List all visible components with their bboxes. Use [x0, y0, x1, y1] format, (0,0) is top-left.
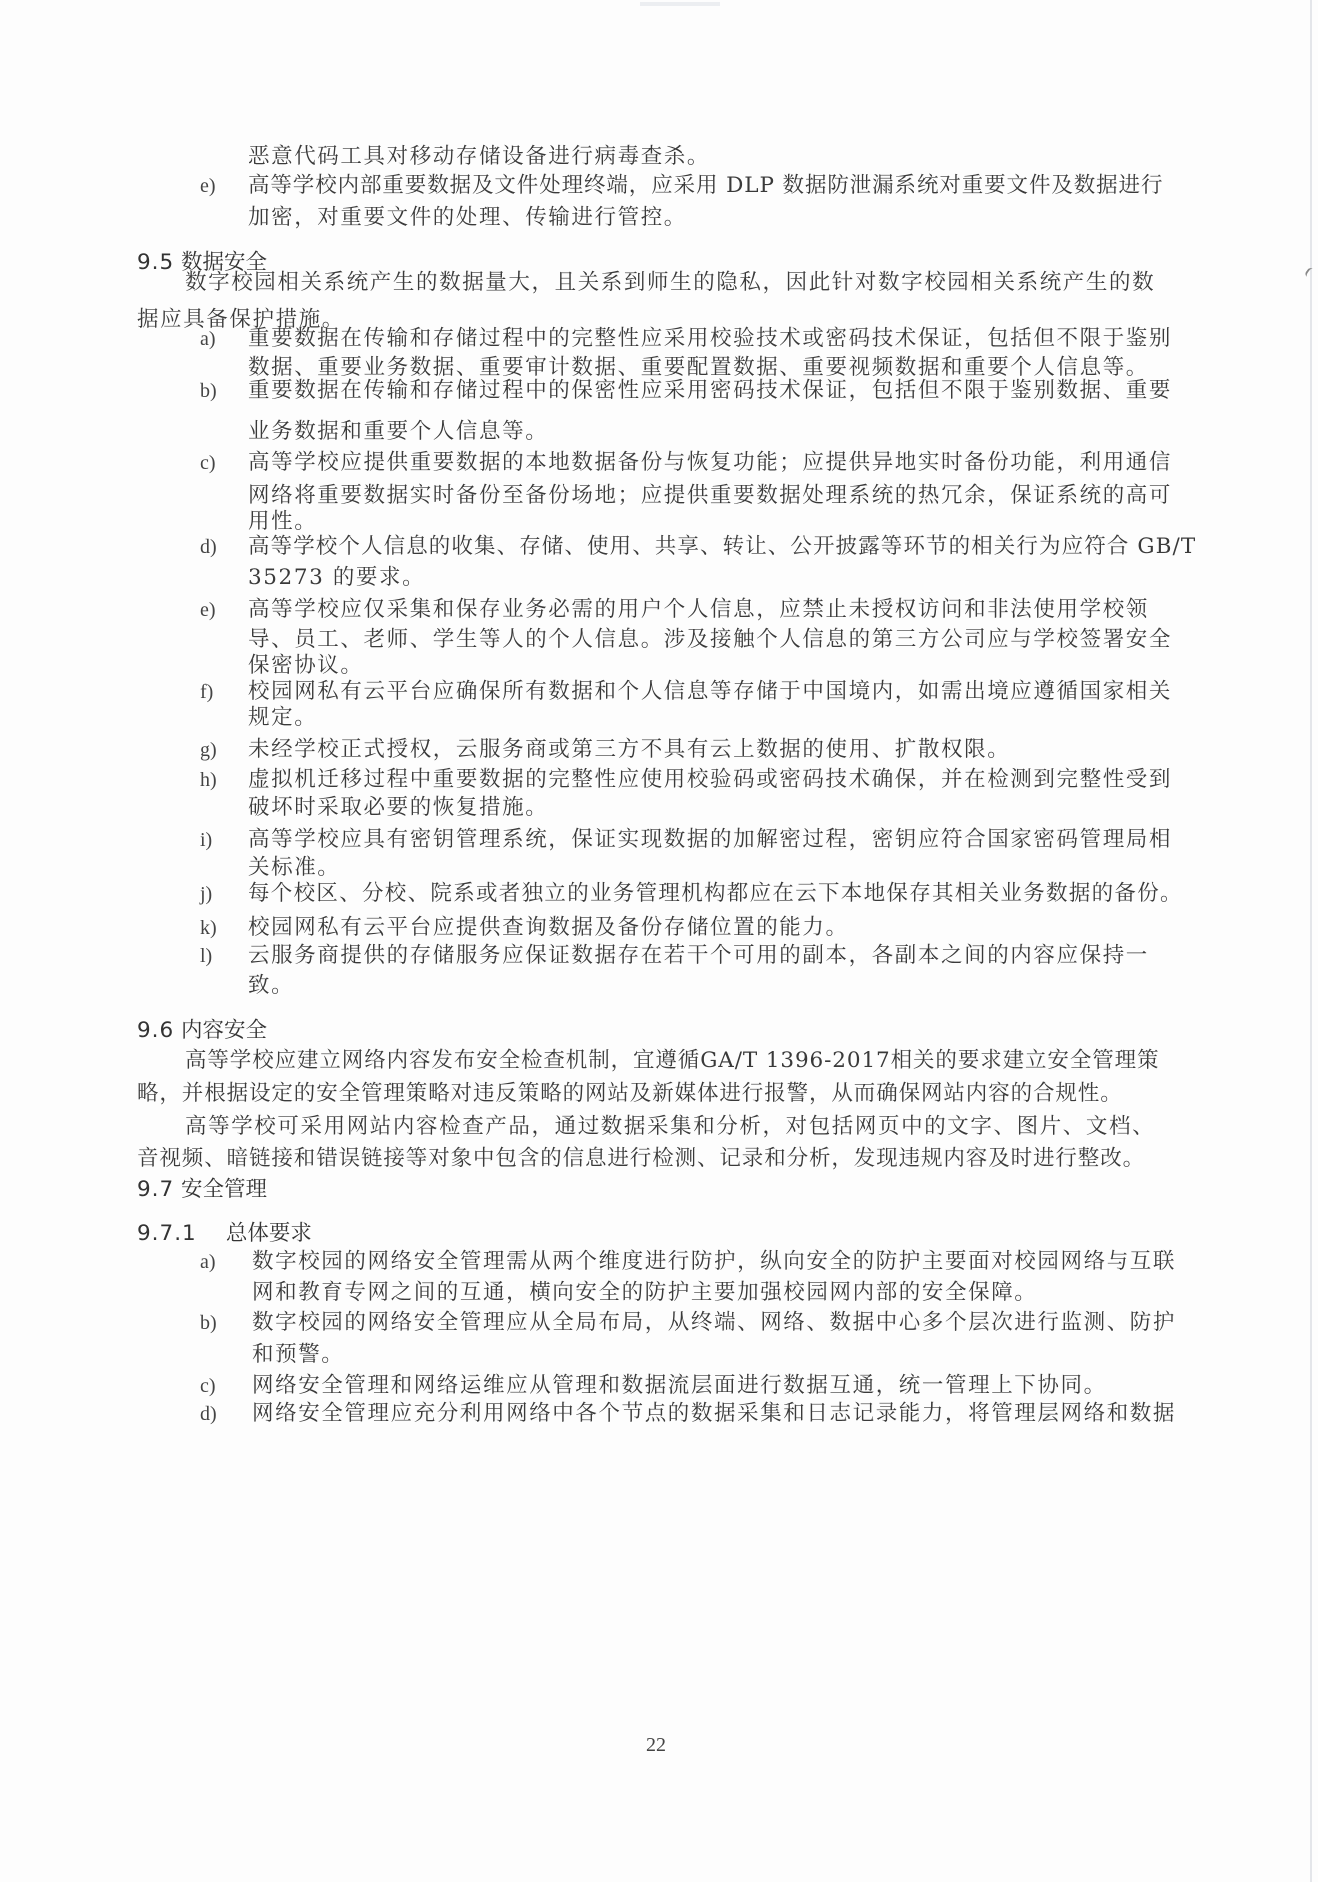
list-item-line: 数字校园的网络安全管理需从两个维度进行防护，纵向安全的防护主要面对校园网络与互联	[252, 1248, 1176, 1276]
list-item-line: 35273 的要求。	[248, 564, 425, 592]
list-item-line: 网络将重要数据实时备份至备份场地；应提供重要数据处理系统的热冗余，保证系统的高可	[248, 482, 1172, 510]
list-item-line: 和预警。	[252, 1341, 344, 1369]
section-heading-9-7: 9.7 安全管理	[137, 1176, 267, 1204]
list-marker: i)	[200, 826, 212, 854]
list-item-line: 重要数据在传输和存储过程中的保密性应采用密码技术保证，包括但不限于鉴别数据、重要	[248, 377, 1172, 405]
list-item-line: 保密协议。	[248, 652, 364, 680]
section-heading-9-6: 9.6 内容安全	[137, 1017, 267, 1045]
list-item-line: 数字校园的网络安全管理应从全局布局，从终端、网络、数据中心多个层次进行监测、防护	[252, 1309, 1176, 1337]
list-marker: k)	[200, 914, 217, 942]
page-number: 22	[646, 1734, 666, 1757]
scan-artifact	[640, 2, 720, 6]
list-item-line: 校园网私有云平台应确保所有数据和个人信息等存储于中国境内，如需出境应遵循国家相关	[248, 678, 1172, 706]
list-marker: c)	[200, 449, 216, 477]
list-marker: a)	[200, 1248, 216, 1276]
subsection-title: 总体要求	[226, 1221, 312, 1246]
list-item-line: 高等学校内部重要数据及文件处理终端，应采用 DLP 数据防泄漏系统对重要文件及数…	[248, 172, 1163, 200]
list-item-line: 高等学校应仅采集和保存业务必需的用户个人信息，应禁止未授权访问和非法使用学校领	[248, 596, 1149, 624]
list-item-line: 高等学校应具有密钥管理系统，保证实现数据的加解密过程，密钥应符合国家密码管理局相	[248, 826, 1172, 854]
list-marker: f)	[200, 678, 213, 706]
paragraph-line: 高等学校应建立网络内容发布安全检查机制，宜遵循GA/T 1396-2017相关的…	[185, 1047, 1159, 1075]
list-item-line: 导、员工、老师、学生等人的个人信息。涉及接触个人信息的第三方公司应与学校签署安全	[248, 626, 1172, 654]
list-item-line: 高等学校个人信息的收集、存储、使用、共享、转让、公开披露等环节的相关行为应符合 …	[248, 533, 1196, 561]
list-item-line: 用性。	[248, 508, 317, 536]
list-marker: d)	[200, 1400, 217, 1428]
scan-edge	[1310, 0, 1312, 1882]
list-item-line: 致。	[248, 972, 294, 1000]
list-item-line: 破坏时采取必要的恢复措施。	[248, 794, 548, 822]
list-item-line: 高等学校应提供重要数据的本地数据备份与恢复功能；应提供异地实时备份功能，利用通信	[248, 449, 1172, 477]
list-marker: b)	[200, 1309, 217, 1337]
carryover-d-tail: 恶意代码工具对移动存储设备进行病毒查杀。	[248, 143, 710, 171]
paragraph-line: 数字校园相关系统产生的数据量大，且关系到师生的隐私，因此针对数字校园相关系统产生…	[185, 269, 1155, 297]
paragraph-line: 略，并根据设定的安全管理策略对违反策略的网站及新媒体进行报警，从而确保网站内容的…	[137, 1080, 1123, 1108]
list-marker: g)	[200, 736, 217, 764]
subsection-heading-9-7-1: 9.7.1 总体要求	[137, 1220, 312, 1248]
list-item-line: 重要数据在传输和存储过程中的完整性应采用校验技术或密码技术保证，包括但不限于鉴别	[248, 325, 1172, 353]
paragraph-line: 高等学校可采用网站内容检查产品，通过数据采集和分析，对包括网页中的文字、图片、文…	[185, 1113, 1155, 1141]
list-marker: a)	[200, 325, 216, 353]
list-item-line: 网络安全管理和网络运维应从管理和数据流层面进行数据互通，统一管理上下协同。	[252, 1372, 1107, 1400]
list-item-line: 加密，对重要文件的处理、传输进行管控。	[248, 204, 687, 232]
section-number: 9.5	[137, 249, 174, 277]
list-marker: j)	[200, 880, 212, 908]
list-marker: d)	[200, 533, 217, 561]
list-marker: h)	[200, 766, 217, 794]
section-title: 安全管理	[181, 1177, 267, 1202]
list-item-line: 未经学校正式授权，云服务商或第三方不具有云上数据的使用、扩散权限。	[248, 736, 1010, 764]
list-marker: b)	[200, 377, 217, 405]
list-item-line: 网络安全管理应充分利用网络中各个节点的数据采集和日志记录能力，将管理层网络和数据	[252, 1400, 1176, 1428]
document-page: 恶意代码工具对移动存储设备进行病毒查杀。 e) 高等学校内部重要数据及文件处理终…	[0, 0, 1318, 1882]
list-item-line: 网和教育专网之间的互通，横向安全的防护主要加强校园网内部的安全保障。	[252, 1279, 1037, 1307]
section-number: 9.7	[137, 1176, 174, 1204]
list-marker: e)	[200, 172, 216, 200]
subsection-number: 9.7.1	[137, 1220, 219, 1248]
list-item-line: 规定。	[248, 704, 317, 732]
list-item-line: 虚拟机迁移过程中重要数据的完整性应使用校验码或密码技术确保，并在检测到完整性受到	[248, 766, 1172, 794]
list-item-line: 每个校区、分校、院系或者独立的业务管理机构都应在云下本地保存其相关业务数据的备份…	[248, 880, 1183, 908]
list-marker: e)	[200, 596, 216, 624]
list-item-line: 业务数据和重要个人信息等。	[248, 418, 548, 446]
section-title: 内容安全	[181, 1018, 267, 1043]
list-item-line: 云服务商提供的存储服务应保证数据存在若干个可用的副本，各副本之间的内容应保持一	[248, 942, 1149, 970]
section-number: 9.6	[137, 1017, 174, 1045]
list-marker: l)	[200, 942, 212, 970]
scan-mark	[1304, 267, 1316, 280]
list-item-line: 校园网私有云平台应提供查询数据及备份存储位置的能力。	[248, 914, 849, 942]
paragraph-line: 音视频、暗链接和错误链接等对象中包含的信息进行检测、记录和分析，发现违规内容及时…	[137, 1145, 1145, 1173]
list-marker: c)	[200, 1372, 216, 1400]
list-item-line: 关标准。	[248, 854, 340, 882]
